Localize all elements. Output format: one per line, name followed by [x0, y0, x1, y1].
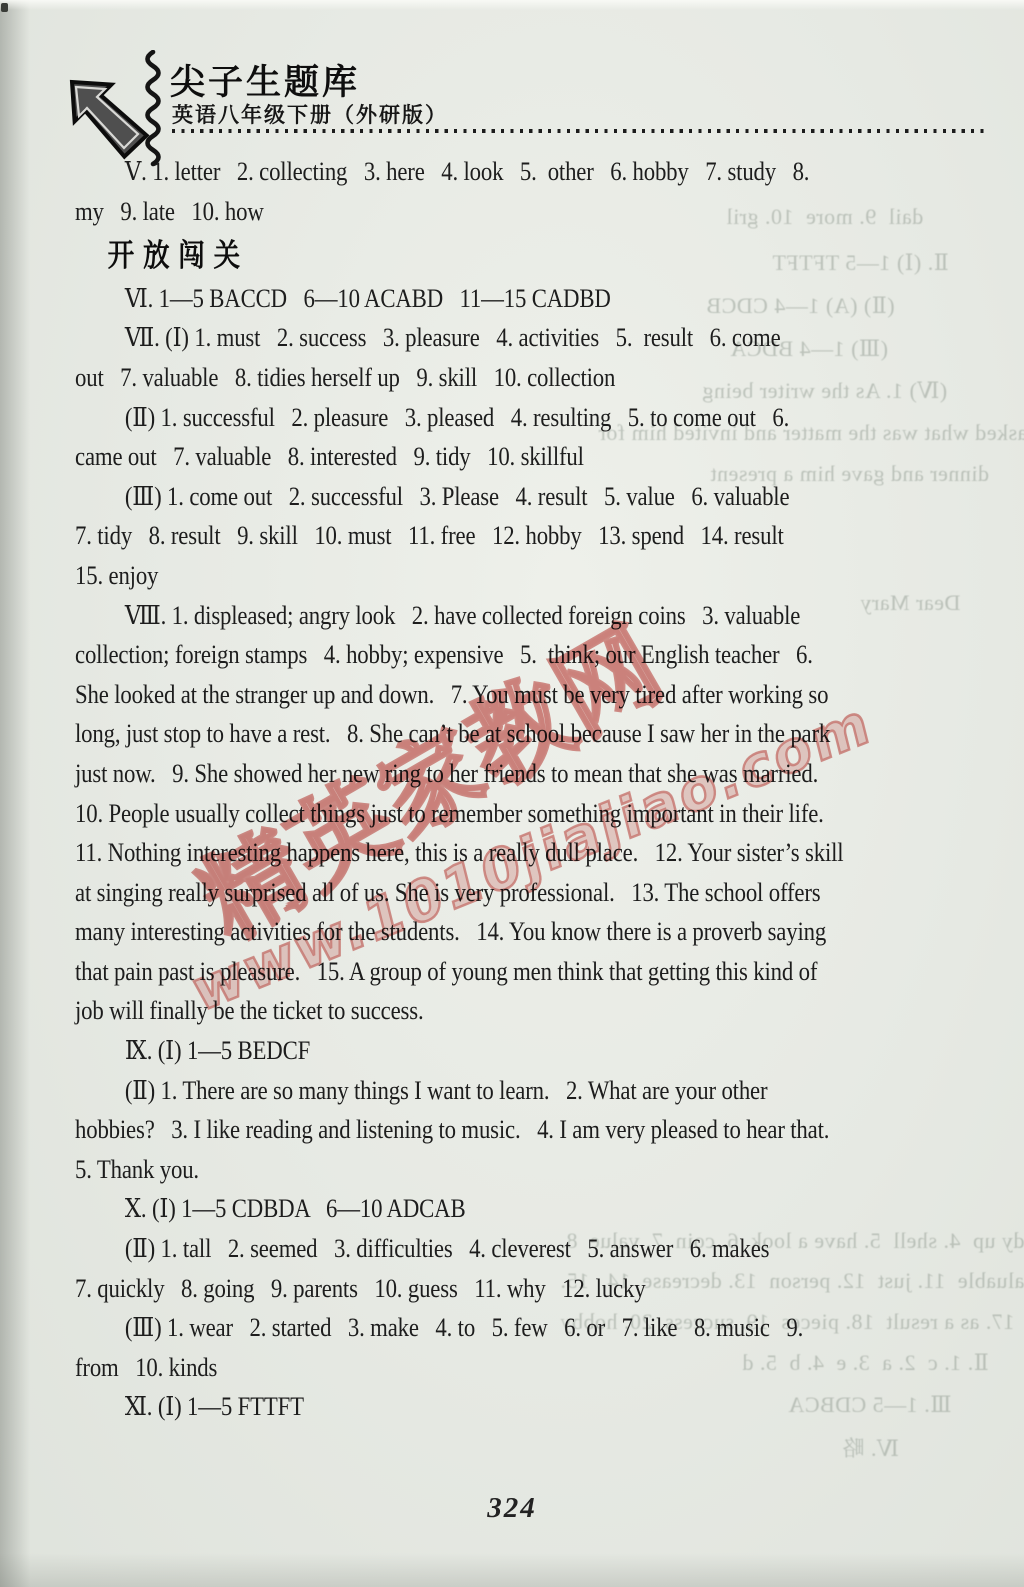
answer-line: 11. Nothing interesting happens here, th…: [75, 833, 969, 873]
page-number: 324: [0, 1492, 1024, 1525]
answer-line: out 7. valuable 8. tidies herself up 9. …: [75, 358, 969, 398]
answer-line: (Ⅱ) 1. successful 2. pleasure 3. pleased…: [75, 398, 969, 438]
dotted-divider: [172, 129, 986, 133]
answer-line: came out 7. valuable 8. interested 9. ti…: [75, 437, 969, 477]
answer-key-body: Ⅴ. 1. letter 2. collecting 3. here 4. lo…: [75, 152, 969, 1427]
answer-line: long, just stop to have a rest. 8. She c…: [75, 714, 969, 754]
answer-line: hobbies? 3. I like reading and listening…: [75, 1110, 969, 1150]
answer-line: my 9. late 10. how: [75, 192, 969, 232]
answer-line: job will finally be the ticket to succes…: [75, 991, 969, 1031]
answer-line: that pain past is pleasure. 15. A group …: [75, 952, 969, 992]
answer-line: (Ⅲ) 1. wear 2. started 3. make 4. to 5. …: [75, 1308, 969, 1348]
answer-line: 10. People usually collect things just t…: [75, 794, 969, 834]
answer-line: (Ⅲ) 1. come out 2. successful 3. Please …: [75, 477, 969, 517]
answer-line: from 10. kinds: [75, 1348, 969, 1388]
answer-line: Ⅴ. 1. letter 2. collecting 3. here 4. lo…: [75, 152, 969, 192]
answer-line: Ⅶ. (Ⅰ) 1. must 2. success 3. pleasure 4.…: [75, 318, 969, 358]
answer-line: 7. tidy 8. result 9. skill 10. must 11. …: [75, 516, 969, 556]
answer-line: 开放闯关: [75, 231, 969, 279]
answer-line: collection; foreign stamps 4. hobby; exp…: [75, 635, 969, 675]
answer-line: at singing really surprised all of us. S…: [75, 873, 969, 913]
answer-line: (Ⅱ) 1. tall 2. seemed 3. difficulties 4.…: [75, 1229, 969, 1269]
brand-subtitle: 英语八年级下册（外研版）: [172, 99, 448, 129]
brand-title: 尖子生题库: [170, 55, 360, 105]
page-left-shadow: [0, 0, 30, 1587]
answer-line: 15. enjoy: [75, 556, 969, 596]
answer-line: Ⅸ. (Ⅰ) 1—5 BEDCF: [75, 1031, 969, 1071]
answer-line: Ⅵ. 1—5 BACCD 6—10 ACABD 11—15 CADBD: [75, 279, 969, 319]
answer-line: Ⅷ. 1. displeased; angry look 2. have col…: [75, 596, 969, 636]
answer-line: Ⅺ. (Ⅰ) 1—5 FTTFT: [75, 1387, 969, 1427]
bleedthrough-line: Ⅳ. 略: [842, 1432, 899, 1463]
answer-line: 7. quickly 8. going 9. parents 10. guess…: [75, 1269, 969, 1309]
page-bottom-shadow: [0, 1553, 1024, 1587]
answer-line: 5. Thank you.: [75, 1150, 969, 1190]
answer-line: (Ⅱ) 1. There are so many things I want t…: [75, 1071, 969, 1111]
squiggle-divider-icon: [141, 50, 165, 168]
answer-line: many interesting activities for the stud…: [75, 912, 969, 952]
answer-line: just now. 9. She showed her new ring to …: [75, 754, 969, 794]
scanned-answer-page: 尖子生题库 英语八年级下册（外研版） dail 9. more 10. gril…: [0, 0, 1024, 1587]
answer-line: Ⅹ. (Ⅰ) 1—5 CDBDA 6—10 ADCAB: [75, 1189, 969, 1229]
scan-speck: [1, 3, 8, 12]
page-top-highlight: [0, 0, 1024, 10]
answer-line: She looked at the stranger up and down. …: [75, 675, 969, 715]
